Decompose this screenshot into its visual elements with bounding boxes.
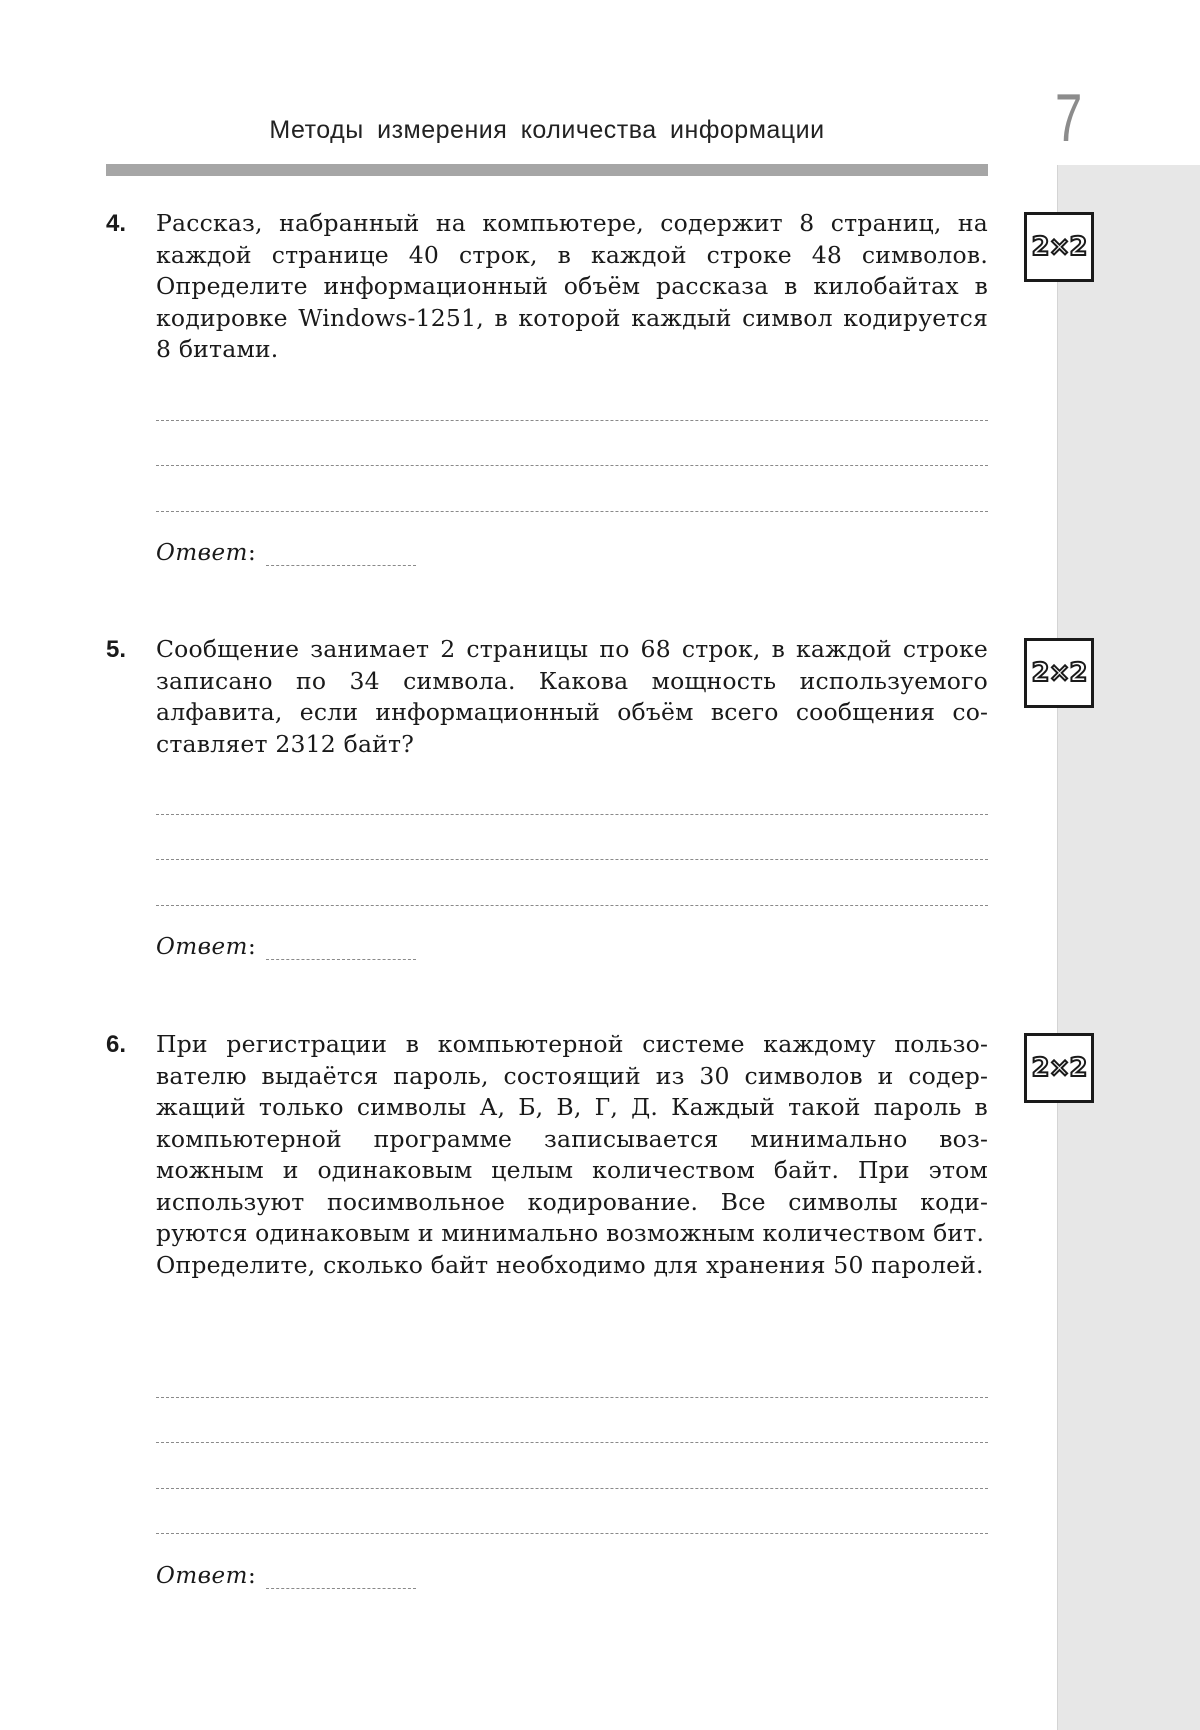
answer-work-line[interactable]	[156, 1397, 988, 1398]
difficulty-badge-2x2-icon: 2×2	[1024, 212, 1094, 282]
header-rule	[106, 164, 988, 176]
answer-work-line[interactable]	[156, 1533, 988, 1534]
answer-label: Ответ	[156, 540, 248, 566]
answer-work-line[interactable]	[156, 859, 988, 860]
answer-label: Ответ	[156, 1563, 248, 1589]
task-text: Рассказ, набранный на компьютере, содерж…	[156, 208, 988, 366]
answer-row: Ответ:	[156, 540, 416, 566]
task-paragraph: При регистрации в компьютерной системе к…	[156, 1029, 988, 1250]
page-margin-sidebar	[1057, 165, 1200, 1730]
answer-work-line[interactable]	[156, 465, 988, 466]
page-number: 7	[1055, 84, 1105, 152]
answer-work-line[interactable]	[156, 420, 988, 421]
answer-work-line[interactable]	[156, 1488, 988, 1489]
task-5: 5. Сообщение занимает 2 страницы по 68 с…	[106, 634, 988, 760]
answer-work-line[interactable]	[156, 1442, 988, 1443]
task-paragraph: Сообщение занимает 2 страницы по 68 стро…	[156, 634, 988, 760]
task-paragraph: Рассказ, набранный на компьютере, содерж…	[156, 208, 988, 366]
task-text: Сообщение занимает 2 страницы по 68 стро…	[156, 634, 988, 760]
answer-colon: :	[248, 1563, 256, 1589]
task-6: 6. При регистрации в компьютерной систем…	[106, 1029, 988, 1281]
task-number: 5.	[106, 634, 126, 666]
task-4: 4. Рассказ, набранный на компьютере, сод…	[106, 208, 988, 366]
answer-field[interactable]	[266, 1588, 416, 1589]
difficulty-badge-2x2-icon: 2×2	[1024, 638, 1094, 708]
answer-work-line[interactable]	[156, 905, 988, 906]
answer-row: Ответ:	[156, 1563, 416, 1589]
task-text: При регистрации в компьютерной системе к…	[156, 1029, 988, 1281]
answer-label: Ответ	[156, 934, 248, 960]
task-paragraph: Определите, сколько байт необходимо для …	[156, 1250, 988, 1282]
answer-field[interactable]	[266, 565, 416, 566]
task-number: 6.	[106, 1029, 126, 1061]
difficulty-badge-2x2-icon: 2×2	[1024, 1033, 1094, 1103]
answer-colon: :	[248, 540, 256, 566]
answer-field[interactable]	[266, 959, 416, 960]
answer-work-line[interactable]	[156, 814, 988, 815]
task-number: 4.	[106, 208, 126, 240]
answer-work-line[interactable]	[156, 511, 988, 512]
answer-row: Ответ:	[156, 934, 416, 960]
running-title: Методы измерения количества информации	[106, 116, 988, 145]
answer-colon: :	[248, 934, 256, 960]
